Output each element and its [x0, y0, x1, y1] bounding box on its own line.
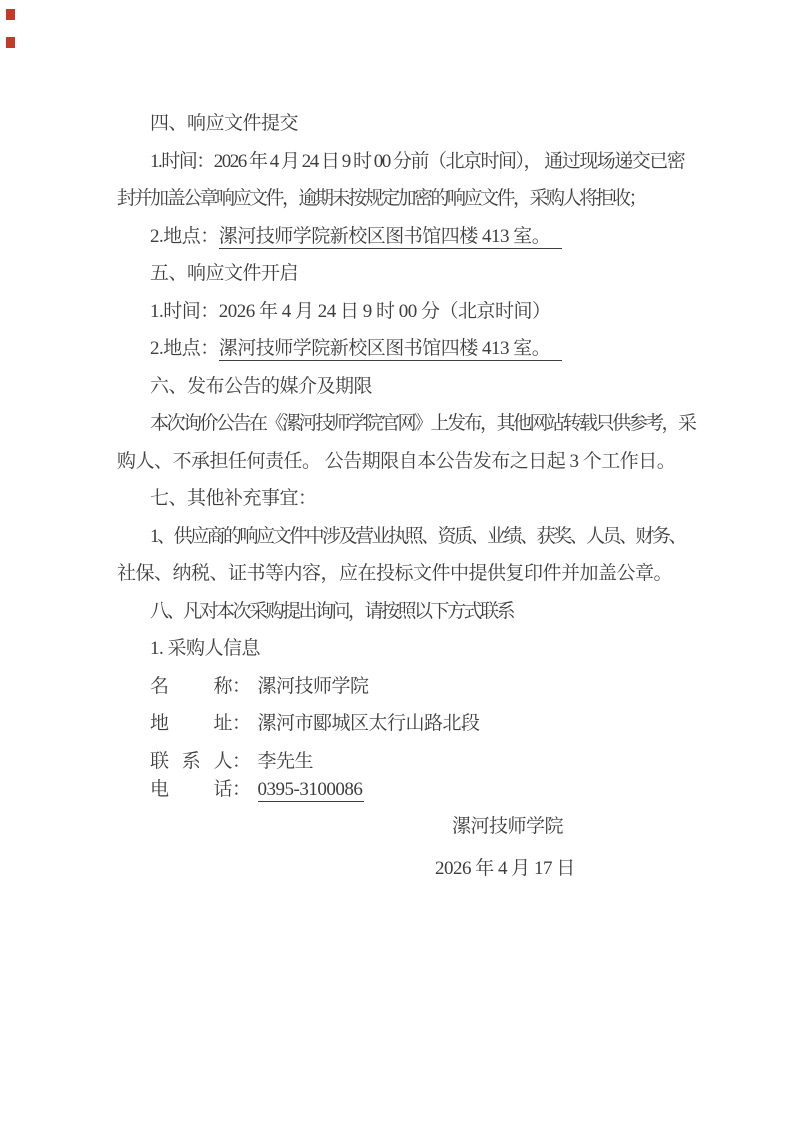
section-6-paragraph-line-1: 本次询价公告在《漯河技师学院官网》上发布，其他网站转载只供参考，采: [117, 405, 757, 443]
contact-address-row: 地址：漯河市郾城区太行山路北段: [117, 705, 757, 743]
contact-address-label: 地址: [150, 705, 232, 743]
section-4-time-line-1: 1.时间：2026 年 4 月 24 日 9 时 00 分前（北京时间）， 通过…: [117, 143, 757, 181]
section-4-location-label: 2.地点：: [150, 226, 219, 247]
section-5-location-underlined-value: 漯河技师学院新校区图书馆四楼 413 室。: [219, 338, 563, 361]
red-corner-mark-top: [6, 9, 15, 20]
contact-name-value: 漯河技师学院: [258, 676, 369, 697]
contact-phone-row: 电话：0395-3100086: [117, 771, 757, 809]
contact-address-value: 漯河市郾城区太行山路北段: [258, 713, 480, 734]
contact-address-colon: ：: [232, 713, 251, 734]
section-4-location-line: 2.地点：漯河技师学院新校区图书馆四楼 413 室。: [117, 218, 757, 256]
contact-name-colon: ：: [232, 676, 251, 697]
contact-name-label: 名称: [150, 668, 232, 706]
section-5-time-line: 1.时间：2026 年 4 月 24 日 9 时 00 分（北京时间）: [117, 293, 757, 331]
contact-phone-colon: ：: [232, 779, 251, 800]
section-4-time-line-2: 封并加盖公章响应文件，逾期未按规定加密的响应文件，采购人将拒收；: [117, 180, 757, 218]
section-6-paragraph-line-2: 购人、不承担任何责任。 公告期限自本公告发布之日起 3 个工作日。: [117, 443, 757, 481]
contact-person-value: 李先生: [258, 751, 314, 772]
section-4-heading: 四、响应文件提交: [117, 105, 757, 143]
section-8-heading: 八、凡对本次采购提出询问，请按照以下方式联系: [117, 593, 757, 631]
section-4-location-underlined-value: 漯河技师学院新校区图书馆四楼 413 室。: [219, 226, 563, 249]
section-7-item-line-1: 1、供应商的响应文件中涉及营业执照、资质、业绩、获奖、人员、财务、: [117, 518, 757, 556]
document-body: 四、响应文件提交 1.时间：2026 年 4 月 24 日 9 时 00 分前（…: [117, 105, 757, 887]
section-5-location-line: 2.地点：漯河技师学院新校区图书馆四楼 413 室。: [117, 330, 757, 368]
contact-phone-label: 电话: [150, 771, 232, 809]
contact-phone-underlined-value: 0395-3100086: [258, 779, 365, 802]
contact-person-colon: ：: [232, 751, 251, 772]
signature-org-name: 漯河技师学院: [452, 808, 757, 846]
section-7-heading: 七、其他补充事宜：: [117, 480, 757, 518]
signature-date: 2026 年 4 月 17 日: [435, 850, 757, 888]
red-corner-mark-bottom: [6, 37, 15, 48]
purchaser-info-heading: 1. 采购人信息: [117, 630, 757, 668]
section-6-heading: 六、发布公告的媒介及期限: [117, 368, 757, 406]
section-5-location-label: 2.地点：: [150, 338, 219, 359]
section-5-heading: 五、响应文件开启: [117, 255, 757, 293]
section-7-item-line-2: 社保、纳税、证书等内容，应在投标文件中提供复印件并加盖公章。: [117, 555, 757, 593]
document-page: 四、响应文件提交 1.时间：2026 年 4 月 24 日 9 时 00 分前（…: [0, 0, 800, 1131]
contact-name-row: 名称：漯河技师学院: [117, 668, 757, 706]
